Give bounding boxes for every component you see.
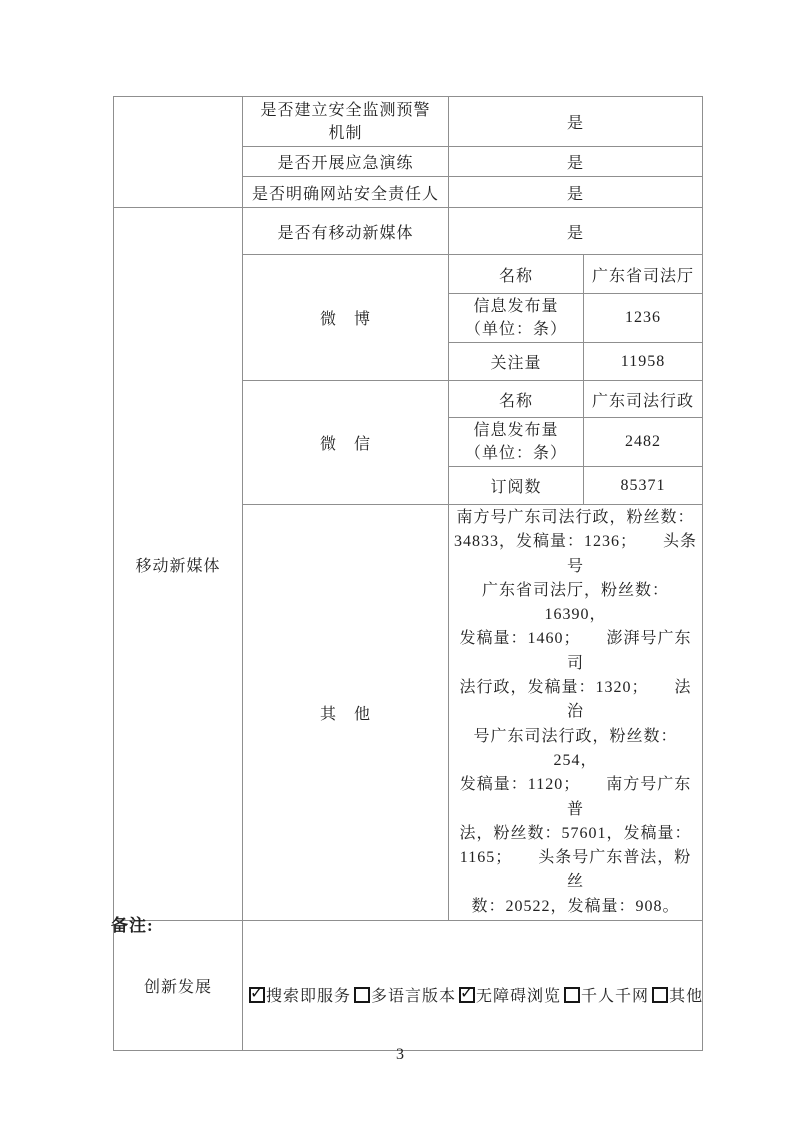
value-wechat-subscribers: 85371 [584,467,703,505]
checkbox-label-personalization: 千人千网 [581,988,649,1005]
value-weibo-name: 广东省司法厅 [584,255,703,294]
innovation-options-row: ✓搜索即服务✓多语言版本✓无障碍浏览✓千人千网✓其他 [246,988,703,1005]
label-other-media: 其 他 [243,505,449,921]
label-weibo-posts: 信息发布量 （单位：条） [449,294,584,343]
value-security-monitor: 是 [449,97,703,147]
value-emergency-drill: 是 [449,147,703,177]
label-emergency-drill: 是否开展应急演练 [243,147,449,177]
checkbox-other: ✓ [652,987,668,1003]
label-weibo-followers: 关注量 [449,343,584,381]
checkbox-multilingual: ✓ [354,987,370,1003]
report-table: 是否建立安全监测预警 机制 是 是否开展应急演练 是 是否明确网站安全责任人 是… [113,96,703,1051]
value-weibo-followers: 11958 [584,343,703,381]
label-wechat: 微 信 [243,381,449,505]
label-wechat-name: 名称 [449,381,584,418]
checkbox-search-as-service: ✓ [249,987,265,1003]
value-other-media-details: 南方号广东司法行政，粉丝数： 34833，发稿量：1236； 头条号 广东省司法… [449,505,703,921]
value-security-officer: 是 [449,177,703,208]
checkbox-label-multilingual: 多语言版本 [371,988,456,1005]
value-weibo-posts: 1236 [584,294,703,343]
label-wechat-subscribers: 订阅数 [449,467,584,505]
checkbox-accessibility: ✓ [459,987,475,1003]
label-wechat-posts: 信息发布量 （单位：条） [449,418,584,467]
innovation-options-cell: ✓搜索即服务✓多语言版本✓无障碍浏览✓千人千网✓其他 [243,921,703,1051]
value-has-mobile-media: 是 [449,208,703,255]
label-has-mobile-media: 是否有移动新媒体 [243,208,449,255]
label-weibo-name: 名称 [449,255,584,294]
value-wechat-name: 广东司法行政 [584,381,703,418]
value-wechat-posts: 2482 [584,418,703,467]
label-security-officer: 是否明确网站安全责任人 [243,177,449,208]
checkmark-icon: ✓ [460,983,473,1002]
checkbox-label-accessibility: 无障碍浏览 [476,988,561,1005]
label-weibo: 微 博 [243,255,449,381]
section-cell-empty [114,97,243,208]
label-security-monitor: 是否建立安全监测预警 机制 [243,97,449,147]
document-page: 是否建立安全监测预警 机制 是 是否开展应急演练 是 是否明确网站安全责任人 是… [0,0,800,1131]
checkmark-icon: ✓ [250,983,263,1002]
section-label-mobile-media: 移动新媒体 [114,208,243,921]
checkbox-label-other: 其他 [669,988,702,1005]
notes-label: 备注: [111,911,154,936]
checkbox-label-search-as-service: 搜索即服务 [266,988,351,1005]
checkbox-personalization: ✓ [564,987,580,1003]
page-number: 3 [0,1046,800,1064]
section-label-innovation: 创新发展 [114,921,243,1051]
